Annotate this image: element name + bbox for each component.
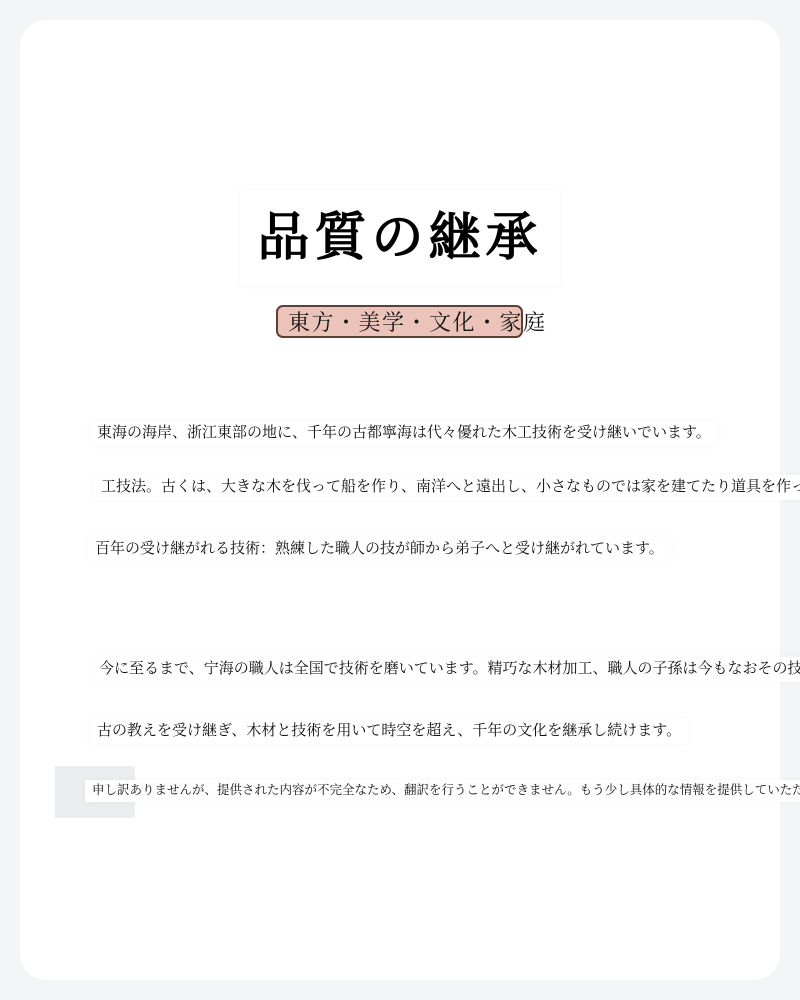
paragraph-artisans: 今に至るまで、宁海の職人は全国で技術を磨いています。精巧な木材加工、職人の子孫は… bbox=[92, 657, 800, 682]
paragraph-translation-note: 申し訳ありませんが、提供された内容が不完全なため、翻訳を行うことができません。も… bbox=[85, 780, 800, 802]
tagline-text: 東方・美学・文化・家庭 bbox=[288, 307, 547, 338]
content-card bbox=[20, 20, 780, 980]
paragraph-heritage: 百年の受け継がれる技術：熟練した職人の技が師から弟子へと受け継がれています。 bbox=[88, 537, 671, 562]
page-title: 品質の継承 bbox=[257, 212, 542, 264]
paragraph-craft-history: 工技法。古くは、大きな木を伐って船を作り、南洋へと遠出し、小さなものでは家を建て… bbox=[94, 475, 800, 500]
title-banner: 品質の継承 bbox=[240, 190, 560, 286]
tagline-badge: 東方・美学・文化・家庭 bbox=[276, 305, 523, 338]
paragraph-legacy: 古の教えを受け継ぎ、木材と技術を用いて時空を超え、千年の文化を継承し続けます。 bbox=[90, 719, 688, 744]
page: 品質の継承 東方・美学・文化・家庭 東海の海岸、浙江東部の地に、千年の古都寧海は… bbox=[0, 0, 800, 1000]
paragraph-intro: 東海の海岸、浙江東部の地に、千年の古都寧海は代々優れた木工技術を受け継いでいます… bbox=[90, 421, 718, 446]
